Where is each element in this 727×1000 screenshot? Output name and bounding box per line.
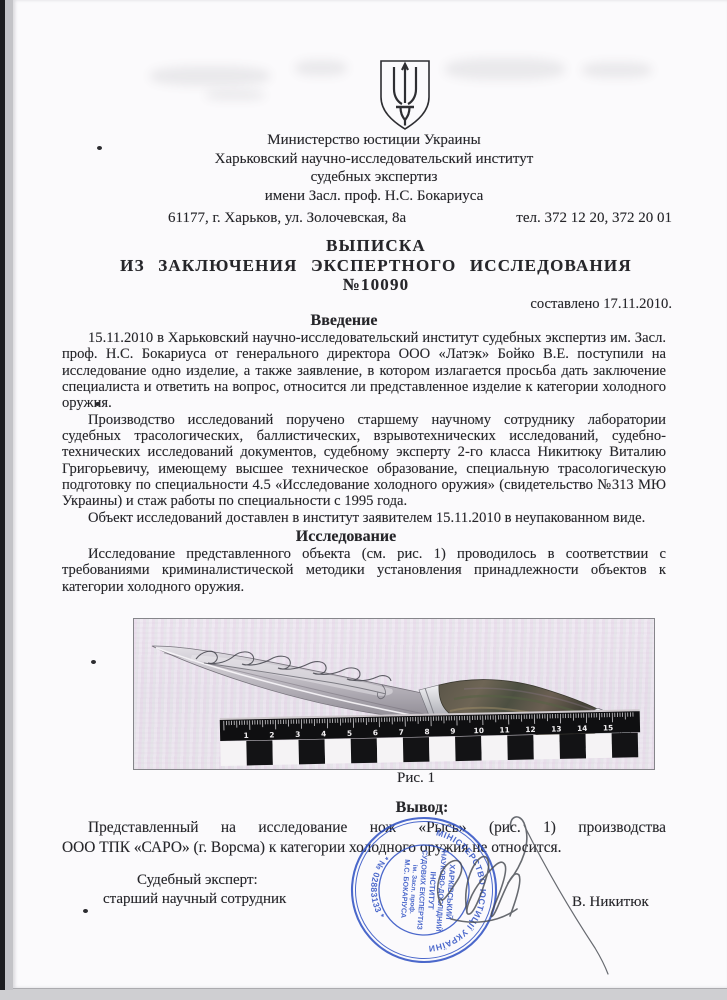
handwritten-signature [405,795,675,990]
signature-left-loop [438,861,462,905]
introduction-paragraph-1: 15.11.2010 в Харьковский научно-исследов… [62,330,666,412]
signature-hook [508,817,527,883]
address-row: 61177, г. Харьков, ул. Золочевская, 8а т… [62,210,672,227]
letterhead-institute-line1: Харьковский научно-исследовательский инс… [72,150,676,169]
svg-text:2: 2 [269,730,274,739]
emblem-trident [394,64,416,126]
signature-zigzag [466,857,520,917]
letterhead-institute-line3: имени Засл. проф. Н.С. Бокариуса [72,187,676,206]
svg-text:13: 13 [551,724,561,733]
scan-left-edge [5,0,13,990]
knife-photo-content: 123456789101112131415 [134,619,654,769]
section-heading-research: Исследование [44,528,648,545]
institute-address: 61177, г. Харьков, ул. Золочевская, 8а [62,210,406,227]
signature-crossbar [451,909,517,922]
introduction-paragraph-2: Производство исследований поручено старш… [62,412,666,510]
svg-text:15: 15 [603,723,613,732]
signature-long-stroke [524,825,608,974]
photo-scale-ruler: 123456789101112131415 [220,709,641,766]
document-title: ВЫПИСКА ИЗ ЗАКЛЮЧЕНИЯ ЭКСПЕРТНОГО ИССЛЕД… [74,236,678,295]
margin-dot [91,660,96,664]
svg-text:12: 12 [525,725,535,734]
bleed-through-smudge [582,62,652,78]
svg-text:5: 5 [347,729,352,738]
svg-text:7: 7 [399,728,404,737]
research-paragraph-1: Исследование представленного объекта (см… [62,546,666,595]
bleed-through-smudge [295,60,347,76]
svg-text:3: 3 [295,730,300,739]
introduction-paragraph-3: Объект исследований доставлен в институт… [62,510,666,526]
svg-text:11: 11 [499,725,509,734]
svg-text:4: 4 [321,729,326,738]
figure-caption: Рис. 1 [114,770,718,787]
title-line1: ВЫПИСКА [74,236,678,256]
title-number: №10090 [74,275,678,295]
svg-text:14: 14 [577,724,587,733]
letterhead-institute-line2: судебных экспертиз [72,168,676,187]
section-heading-introduction: Введение [42,312,646,330]
institute-phone: тел. 372 12 20, 372 20 01 [516,210,672,227]
margin-dot [83,909,88,913]
svg-text:9: 9 [450,727,455,736]
svg-text:6: 6 [373,728,378,737]
letterhead: Министерство юстиции Украины Харьковский… [72,131,676,205]
bleed-through-smudge [445,58,565,80]
knife-photo: 123456789101112131415 [133,618,655,770]
composed-date: составлено 17.11.2010. [62,296,672,313]
svg-text:8: 8 [424,727,429,736]
bleed-through-smudge [205,90,265,100]
svg-text:10: 10 [474,726,484,735]
document-body: 15.11.2010 в Харьковский научно-исследов… [62,330,666,595]
bleed-through-smudge [150,66,270,86]
letterhead-ministry: Министерство юстиции Украины [72,131,676,150]
scanned-document: { "letterhead": { "ministry": "Министерс… [0,0,727,1000]
ukraine-trident-emblem-icon [377,59,433,132]
title-line2: ИЗ ЗАКЛЮЧЕНИЯ ЭКСПЕРТНОГО ИССЛЕДОВАНИЯ [74,256,678,276]
stamp-ring-bottom-text: * № 02883133 * [367,852,391,921]
svg-text:1: 1 [243,731,248,740]
